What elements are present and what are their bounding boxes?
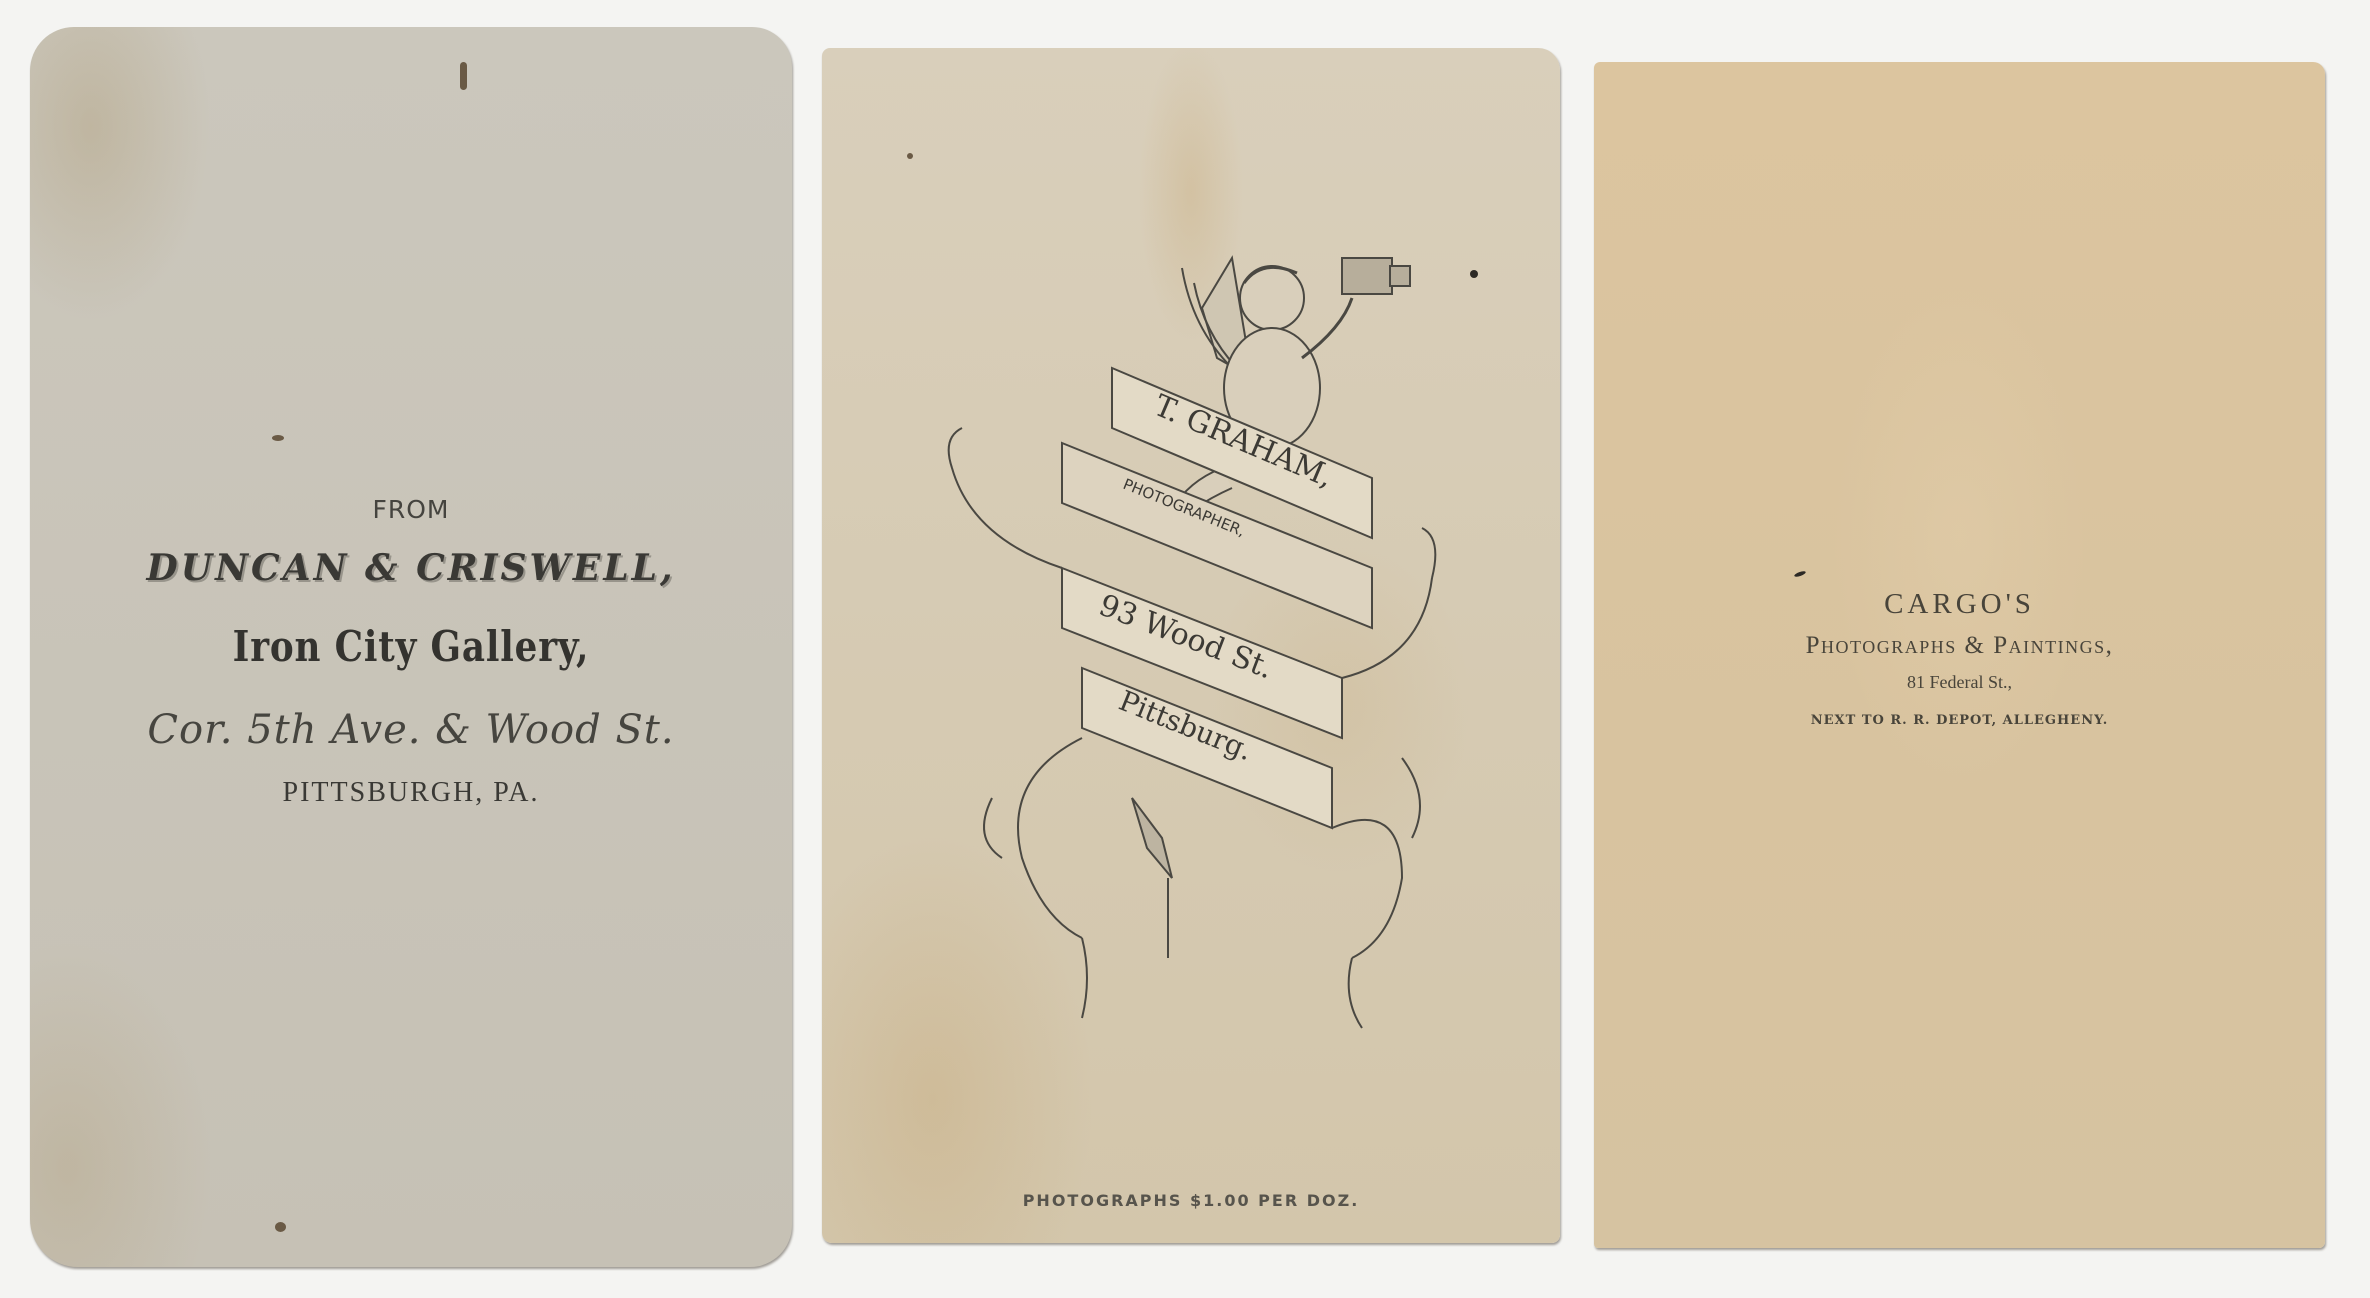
studio-location: NEXT TO R. R. DEPOT, ALLEGHENY. <box>1594 713 2325 728</box>
studio-city: PITTSBURGH, PA. <box>30 777 792 809</box>
from-label: FROM <box>30 495 792 524</box>
stain-mark <box>907 153 913 159</box>
studio-name: CARGO'S <box>1594 588 2325 621</box>
studio-services: Photographs & Paintings, <box>1594 632 2325 660</box>
studio-street: 81 Federal St., <box>1594 672 2325 693</box>
stain-mark <box>272 435 284 441</box>
stain-mark <box>1470 270 1478 278</box>
card-duncan-criswell: FROM DUNCAN & CRISWELL, Iron City Galler… <box>30 27 792 1267</box>
stain-mark <box>460 62 467 90</box>
stain-mark <box>275 1222 286 1232</box>
stain-mark <box>1794 570 1807 578</box>
gallery-name: Iron City Gallery, <box>87 622 735 671</box>
studio-address: Cor. 5th Ave. & Wood St. <box>30 707 792 753</box>
price-footer: PHOTOGRAPHS $1.00 PER DOZ. <box>822 1191 1560 1210</box>
card-cargo: CARGO'S Photographs & Paintings, 81 Fede… <box>1594 62 2325 1248</box>
cherub-camera-illustration-icon: T. GRAHAM, PHOTOGRAPHER, 93 Wood St. Pit… <box>932 238 1452 1038</box>
card-t-graham: T. GRAHAM, PHOTOGRAPHER, 93 Wood St. Pit… <box>822 48 1560 1243</box>
studio-name: DUNCAN & CRISWELL, <box>30 547 792 589</box>
